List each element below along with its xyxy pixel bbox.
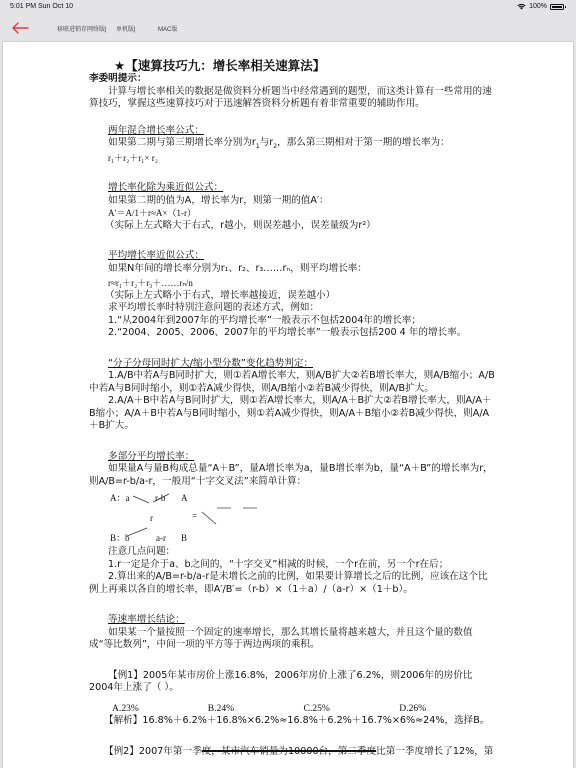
list-item: 2.“2004、2005、2006、2007年的平均增长率”一般表示包括200 …	[89, 327, 495, 340]
example1-question: 【例1】2005年某市房价上涨16.8%，2006年房价上涨了6.2%，则200…	[89, 670, 495, 695]
section-text-division-approx: 如果第二期的值为A，增长率为r，则第一期的值A′：	[89, 195, 495, 208]
example1-analysis: 【解析】16.8%＋6.2%＋16.8%×6.2%≈16.8%＋6.2%＋16.…	[89, 715, 495, 728]
section-heading-fraction-trend: “分子分母同时扩大/缩小型分数”变化趋势判定：	[89, 358, 495, 371]
text-fragment: 与r	[260, 137, 274, 148]
section-heading-division-approx: 增长率化除为乘近似公式：	[89, 182, 495, 195]
list-item: 1.A/B中若A与B同时扩大，则①若A增长率大，则A/B扩大②若B增长率大，则A…	[89, 370, 495, 395]
page-title: ★【速算技巧九：增长率相关速算法】	[89, 58, 495, 73]
tab-standalone-edition[interactable]: 单机版|	[116, 24, 136, 33]
list-item: 1.“从2004年到2007年的平均增长率”一般表示不包括2004年的增长率；	[89, 315, 495, 328]
status-time: 5:01 PM	[10, 3, 36, 10]
status-indicators: 100%	[517, 3, 564, 10]
battery-icon	[550, 4, 564, 10]
section-heading-mixed-growth: 两年混合增长率公式：	[89, 125, 495, 138]
list-item: 2.A/A＋B中若A与B同时扩大，则①若A增长率大，则A/A＋B扩大②若B增长率…	[89, 395, 495, 433]
struck-text: 度，某市汽车销量为10000台，第二季度	[202, 746, 376, 757]
diagram-middle: r	[150, 512, 153, 525]
intro-paragraph: 计算与增长率相关的数据是做资料分析题当中经常遇到的题型，而这类计算有一些常用的速…	[89, 86, 495, 111]
example2-question: 【例2】2007年第一季度，某市汽车销量为10000台，第二季度比第一季度增长了…	[89, 746, 495, 759]
section-text-average-growth: 如果N年间的增长率分别为r₁、r₂、r₃……rₙ，则平均增长率：	[89, 263, 495, 276]
diagram-row2-end: B	[181, 532, 187, 545]
nav-bar: 移联进销存网络版| 单机版| MAC版	[0, 16, 576, 40]
note-division-approx: （实际上左式略大于右式，r越小，则误差越小，误差量级为r²）	[89, 220, 495, 233]
section-heading-average-growth: 平均增长率近似公式：	[89, 250, 495, 263]
text-fragment: ，那么第三期相对于第一期的增长率为：	[277, 137, 450, 148]
back-button[interactable]	[10, 19, 30, 37]
section-text-mixed-growth: 如果第二期与第三期增长率分别为r1与r2，那么第三期相对于第一期的增长率为：	[89, 137, 495, 150]
cross-method-diagram: A：a r-b A r = B：b a-r B	[89, 488, 495, 546]
list-item: 2.算出来的A/B=r-b/a-r是未增长之前的比例，如果要计算增长之后的比例，…	[89, 571, 495, 596]
section-text-constant-rate: 如果某一个量按照一个固定的速率增长，那么其增长量将越来越大，并且这个量的数值成“…	[89, 627, 495, 652]
document-page[interactable]: ★【速算技巧九：增长率相关速算法】 李委明提示： 计算与增长率相关的数据是做资料…	[2, 41, 574, 768]
section-heading-multi-part-growth: 多部分平均增长率：	[89, 451, 495, 464]
wifi-icon	[517, 3, 526, 10]
example1-options: A.23% B.24% C.25% D.26%	[89, 703, 495, 716]
formula-division-approx: A′＝A/1＋r≈A×（1-r）	[89, 207, 495, 220]
diagram-row1-label: A：a	[110, 492, 130, 505]
option-a: A.23%	[112, 703, 208, 716]
diagram-equals: =	[192, 510, 197, 523]
option-d: D.26%	[399, 703, 495, 716]
status-date: Sun Oct 10	[38, 3, 73, 10]
battery-percent: 100%	[529, 3, 547, 10]
author-hint: 李委明提示：	[89, 73, 495, 86]
formula-average-growth: r≈r₁＋r₂＋r₃＋……rₙ/n	[89, 277, 495, 290]
option-b: B.24%	[208, 703, 304, 716]
tab-mac-edition[interactable]: MAC版	[158, 24, 177, 33]
option-c: C.25%	[304, 703, 400, 716]
list-item: 1.r一定是介于a、b之间的，“十字交叉”相减的时候，一个r在前，另一个r在后；	[89, 559, 495, 572]
diagram-row2-result: a-r	[156, 532, 166, 545]
notes-heading: 注意几点问题：	[89, 546, 495, 559]
text-fragment: 比第一季度增长了12%，第	[376, 746, 493, 757]
document-content: ★【速算技巧九：增长率相关速算法】 李委明提示： 计算与增长率相关的数据是做资料…	[89, 58, 495, 758]
lead-average-growth: 求平均增长率时特别注意问题的表述方式，例如：	[89, 302, 495, 315]
formula-mixed-growth: r₁＋r₂＋r₁× r₂	[89, 152, 495, 165]
text-fragment: 【例2】2007年第一季	[104, 746, 202, 757]
diagram-row2-label: B：b	[110, 532, 130, 545]
diagram-row1-result: r-b	[155, 492, 165, 505]
tab-network-edition[interactable]: 移联进销存网络版|	[57, 24, 107, 33]
section-heading-constant-rate: 等速率增长结论：	[89, 614, 495, 627]
diagram-row1-end: A	[181, 492, 188, 505]
status-bar: 5:01 PM Sun Oct 10 100%	[0, 0, 576, 16]
section-text-multi-part-growth: 如果量A与量B构成总量“A＋B”，量A增长率为a，量B增长率为b，量“A＋B”的…	[89, 463, 495, 488]
note-average-growth: （实际上左式略小于右式，增长率越接近，误差越小）	[89, 290, 495, 303]
arrow-left-icon	[11, 22, 29, 34]
text-fragment: 如果第二期与第三期增长率分别为r	[108, 137, 256, 148]
